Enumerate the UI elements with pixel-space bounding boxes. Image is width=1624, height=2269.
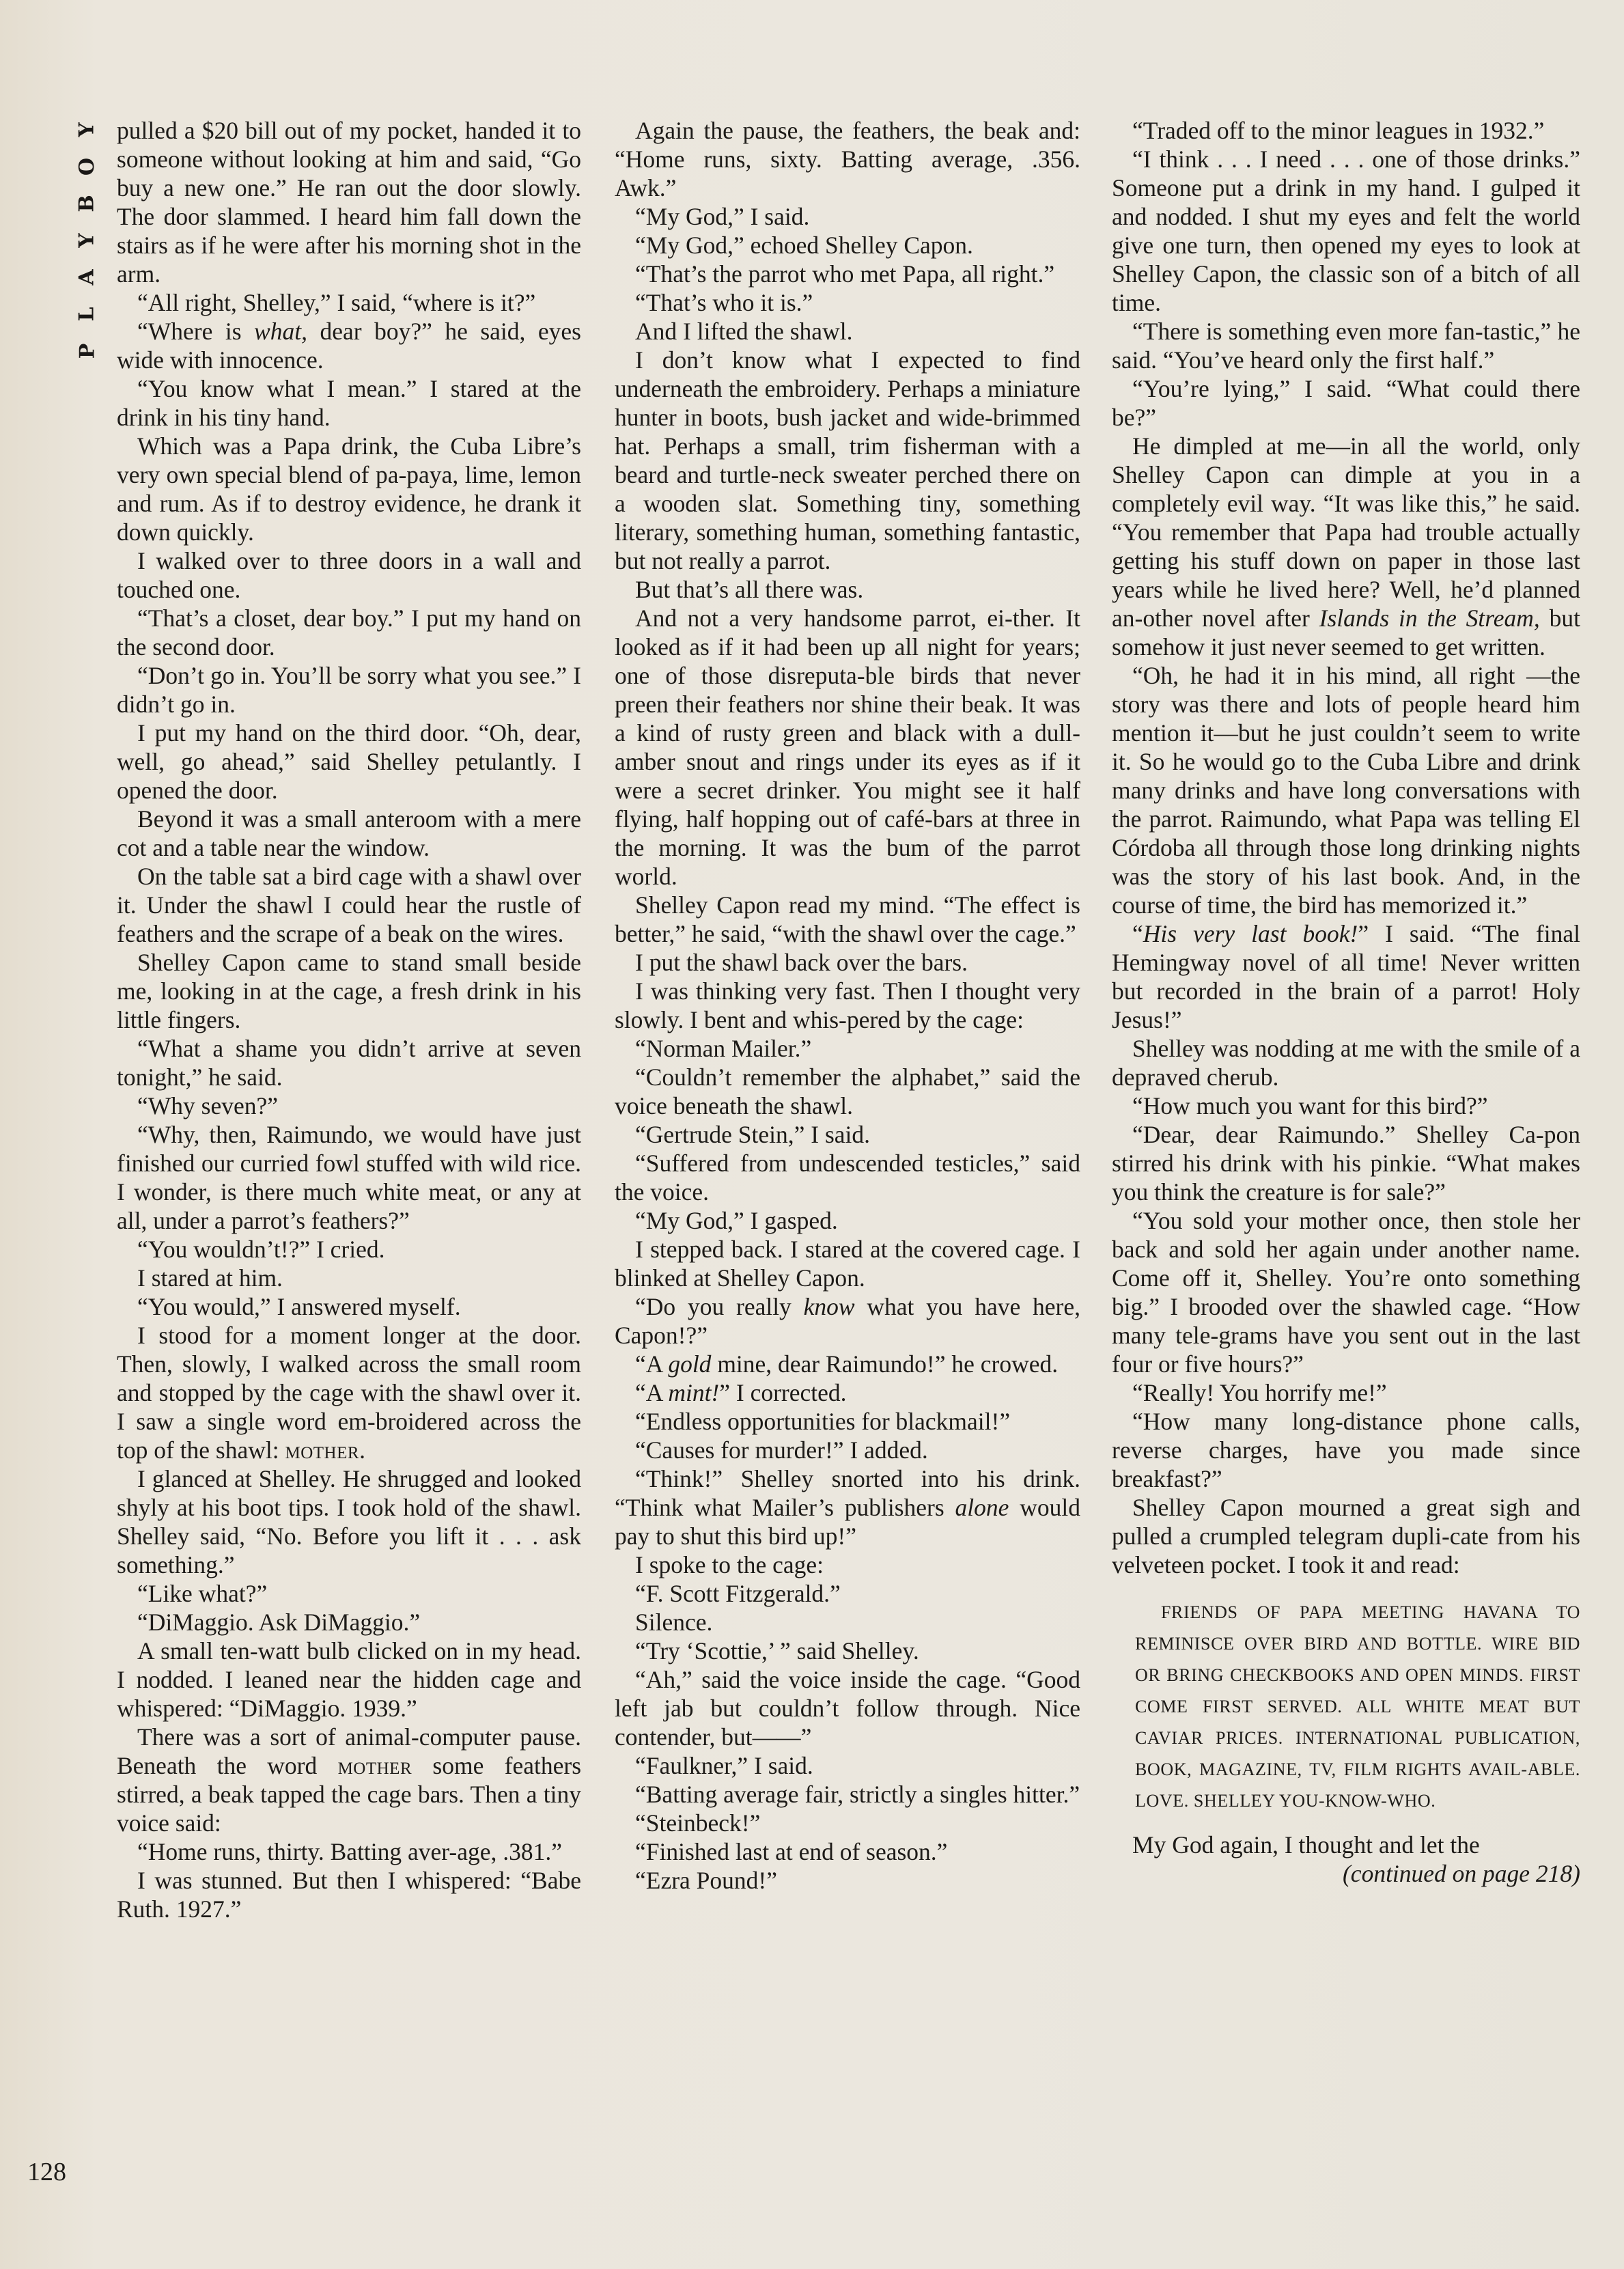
paragraph: “You’re lying,” I said. “What could ther… bbox=[1112, 374, 1580, 432]
paragraph: Shelley Capon mourned a great sigh and p… bbox=[1112, 1493, 1580, 1579]
paragraph: “DiMaggio. Ask DiMaggio.” bbox=[117, 1608, 581, 1637]
paragraph: “Do you really know what you have here, … bbox=[615, 1292, 1080, 1350]
paragraph: He dimpled at me—in all the world, only … bbox=[1112, 432, 1580, 661]
paragraph: “Think!” Shelley snorted into his drink.… bbox=[615, 1464, 1080, 1550]
paragraph: “How much you want for this bird?” bbox=[1112, 1091, 1580, 1120]
paragraph: I stood for a moment longer at the door.… bbox=[117, 1321, 581, 1464]
paragraph: Silence. bbox=[615, 1608, 1080, 1637]
paragraph: “You know what I mean.” I stared at the … bbox=[117, 374, 581, 432]
folio-letter: P bbox=[77, 344, 98, 359]
telegram-text: FRIENDS OF PAPA MEETING HAVANA TO REMINI… bbox=[1135, 1597, 1580, 1817]
text-column-3: “Traded off to the minor leagues in 1932… bbox=[1112, 116, 1580, 1888]
paragraph: And not a very handsome parrot, ei-ther.… bbox=[615, 604, 1080, 891]
paragraph: I stepped back. I stared at the covered … bbox=[615, 1235, 1080, 1292]
continued-on-page: (continued on page 218) bbox=[1112, 1859, 1580, 1888]
paragraph: “You wouldn’t!?” I cried. bbox=[117, 1235, 581, 1264]
paragraph: “All right, Shelley,” I said, “where is … bbox=[117, 288, 581, 317]
paragraph: “How many long-distance phone calls, rev… bbox=[1112, 1407, 1580, 1493]
text-column-1: pulled a $20 bill out of my pocket, hand… bbox=[117, 116, 581, 1923]
paragraph: “Why seven?” bbox=[117, 1091, 581, 1120]
paragraph: Shelley was nodding at me with the smile… bbox=[1112, 1034, 1580, 1091]
paragraph: “A mint!” I corrected. bbox=[615, 1378, 1080, 1407]
paragraph: Beyond it was a small anteroom with a me… bbox=[117, 805, 581, 862]
paragraph: But that’s all there was. bbox=[615, 575, 1080, 604]
paragraph: “Oh, he had it in his mind, all right —t… bbox=[1112, 661, 1580, 919]
paragraph: “Endless opportunities for blackmail!” bbox=[615, 1407, 1080, 1436]
paragraph: “Ah,” said the voice inside the cage. “G… bbox=[615, 1665, 1080, 1751]
folio-letter: Y bbox=[77, 233, 98, 247]
paragraph: I was thinking very fast. Then I thought… bbox=[615, 977, 1080, 1034]
paragraph: “I think . . . I need . . . one of those… bbox=[1112, 145, 1580, 317]
paragraph: “Really! You horrify me!” bbox=[1112, 1378, 1580, 1407]
paragraph: “You sold your mother once, then stole h… bbox=[1112, 1206, 1580, 1378]
paragraph: “Home runs, thirty. Batting aver-age, .3… bbox=[117, 1837, 581, 1866]
paragraph: Again the pause, the feathers, the beak … bbox=[615, 116, 1080, 202]
paragraph: “Finished last at end of season.” bbox=[615, 1837, 1080, 1866]
paragraph: “F. Scott Fitzgerald.” bbox=[615, 1579, 1080, 1608]
folio-letter: A bbox=[77, 269, 98, 285]
paragraph: “Like what?” bbox=[117, 1579, 581, 1608]
paragraph: “Causes for murder!” I added. bbox=[615, 1436, 1080, 1464]
paragraph: A small ten-watt bulb clicked on in my h… bbox=[117, 1637, 581, 1723]
paragraph: “Ezra Pound!” bbox=[615, 1866, 1080, 1895]
paragraph: I spoke to the cage: bbox=[615, 1550, 1080, 1579]
paragraph: I glanced at Shelley. He shrugged and lo… bbox=[117, 1464, 581, 1579]
closing-line: My God again, I thought and let the bbox=[1112, 1830, 1580, 1859]
folio-letter: O bbox=[77, 158, 98, 176]
paragraph: I stared at him. bbox=[117, 1264, 581, 1292]
paragraph: Which was a Papa drink, the Cuba Libre’s… bbox=[117, 432, 581, 546]
paragraph: “Traded off to the minor leagues in 1932… bbox=[1112, 116, 1580, 145]
paragraph: “Don’t go in. You’ll be sorry what you s… bbox=[117, 661, 581, 719]
paragraph: I was stunned. But then I whispered: “Ba… bbox=[117, 1866, 581, 1923]
paragraph: “That’s the parrot who met Papa, all rig… bbox=[615, 260, 1080, 288]
text-column-2: Again the pause, the feathers, the beak … bbox=[615, 116, 1080, 1895]
paragraph: “My God,” I gasped. bbox=[615, 1206, 1080, 1235]
paragraph: “Couldn’t remember the alphabet,” said t… bbox=[615, 1063, 1080, 1120]
paragraph: “Steinbeck!” bbox=[615, 1809, 1080, 1837]
paragraph: “Suffered from undescended testicles,” s… bbox=[615, 1149, 1080, 1206]
paragraph: “Try ‘Scottie,’ ” said Shelley. bbox=[615, 1637, 1080, 1665]
paragraph: “His very last book!” I said. “The final… bbox=[1112, 919, 1580, 1034]
paragraph: There was a sort of animal-computer paus… bbox=[117, 1723, 581, 1837]
paragraph: “Norman Mailer.” bbox=[615, 1034, 1080, 1063]
folio-letter: Y bbox=[77, 122, 98, 137]
paragraph: I put my hand on the third door. “Oh, de… bbox=[117, 719, 581, 805]
paragraph: “That’s who it is.” bbox=[615, 288, 1080, 317]
paragraph: “Dear, dear Raimundo.” Shelley Ca-pon st… bbox=[1112, 1120, 1580, 1206]
paragraph: “A gold mine, dear Raimundo!” he crowed. bbox=[615, 1350, 1080, 1378]
paragraph: “Why, then, Raimundo, we would have just… bbox=[117, 1120, 581, 1235]
folio-letter: L bbox=[77, 307, 98, 321]
magazine-folio-vertical: Y O B Y A L P bbox=[74, 120, 101, 361]
paragraph: “You would,” I answered myself. bbox=[117, 1292, 581, 1321]
paragraph: “Where is what, dear boy?” he said, eyes… bbox=[117, 317, 581, 374]
paragraph: “My God,” I said. bbox=[615, 202, 1080, 231]
paragraph: Shelley Capon came to stand small beside… bbox=[117, 948, 581, 1034]
paragraph: On the table sat a bird cage with a shaw… bbox=[117, 862, 581, 948]
paragraph: And I lifted the shawl. bbox=[615, 317, 1080, 346]
paragraph: “Batting average fair, strictly a single… bbox=[615, 1780, 1080, 1809]
paragraph: I put the shawl back over the bars. bbox=[615, 948, 1080, 977]
paragraph: I walked over to three doors in a wall a… bbox=[117, 546, 581, 604]
paragraph: pulled a $20 bill out of my pocket, hand… bbox=[117, 116, 581, 288]
paragraph: “Faulkner,” I said. bbox=[615, 1751, 1080, 1780]
paragraph: “My God,” echoed Shelley Capon. bbox=[615, 231, 1080, 260]
paragraph: “That’s a closet, dear boy.” I put my ha… bbox=[117, 604, 581, 661]
paragraph: Shelley Capon read my mind. “The effect … bbox=[615, 891, 1080, 948]
paragraph: “What a shame you didn’t arrive at seven… bbox=[117, 1034, 581, 1091]
paragraph: “Gertrude Stein,” I said. bbox=[615, 1120, 1080, 1149]
page-number: 128 bbox=[27, 2158, 66, 2186]
paragraph: I don’t know what I expected to find und… bbox=[615, 346, 1080, 575]
folio-letter: B bbox=[77, 195, 98, 212]
paragraph: “There is something even more fan-tastic… bbox=[1112, 317, 1580, 374]
